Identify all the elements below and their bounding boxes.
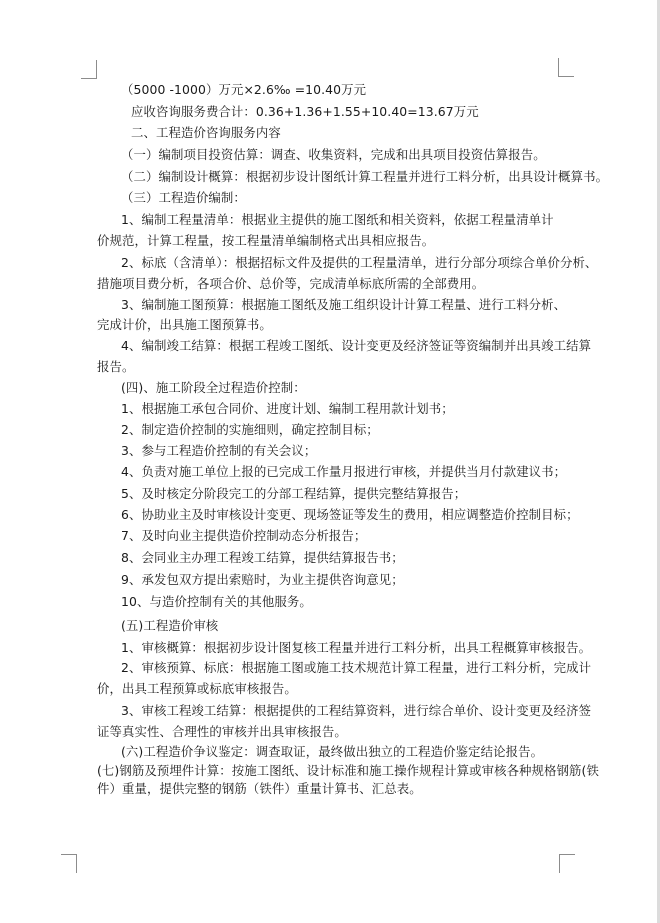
- text-line: 4、编制竣工结算：根据工程竣工图纸、设计变更及经济签证等资编制并出具竣工结算: [121, 338, 591, 354]
- text-line: 2、标底（含清单）：根据招标文件及提供的工程量清单，进行分部分项综合单价分析、: [121, 255, 597, 271]
- margin-mark-bottom-right: [559, 854, 575, 873]
- text-line: 证等真实性、合理性的审核并出具审核报告。: [97, 724, 347, 740]
- text-line: 报告。: [97, 359, 134, 375]
- text-line: 价，出具工程预算或标底审核报告。: [97, 681, 297, 697]
- margin-mark-bottom-left: [61, 854, 77, 873]
- text-line: 措施项目费分析，各项合价、总价等，完成清单标底所需的全部费用。: [97, 276, 484, 292]
- text-line: 7、及时向业主提供造价控制动态分析报告；: [121, 528, 366, 544]
- text-line: （三）工程造价编制：: [121, 190, 246, 206]
- text-line: 1、编制工程量清单：根据业主提供的施工图纸和相关资料，依据工程量清单计: [121, 212, 554, 228]
- text-line: 1、审核概算：根据初步设计图复核工程量并进行工料分析，出具工程概算审核报告。: [121, 640, 591, 656]
- text-line: （一）编制项目投资估算：调查、收集资料，完成和出具项目投资估算报告。: [121, 147, 546, 163]
- text-line: 3、审核工程竣工结算：根据提供的工程结算资料，进行综合单价、设计变更及经济签: [121, 703, 591, 719]
- text-line: 9、承发包双方提出索赔时，为业主提供咨询意见；: [121, 572, 404, 588]
- text-line: （二）编制设计概算：根据初步设计图纸计算工程量并进行工料分析，出具设计概算书。: [121, 169, 608, 185]
- text-line: 应收咨询服务费合计：0.36+1.36+1.55+10.40=13.67万元: [131, 104, 479, 120]
- text-line: 3、编制施工图预算：根据施工图纸及施工组织设计计算工程量、进行工料分析、: [121, 297, 566, 313]
- text-line: 完成计价，出具施工图预算书。: [97, 317, 272, 333]
- text-line: 6、协助业主及时审核设计变更、现场签证等发生的费用，相应调整造价控制目标；: [121, 507, 579, 523]
- text-line: 二、工程造价咨询服务内容: [131, 125, 281, 141]
- text-line: 1、根据施工承包合同价、进度计划、编制工程用款计划书；: [121, 401, 454, 417]
- text-line: (六)工程造价争议鉴定：调查取证，最终做出独立的工程造价鉴定结论报告。: [121, 744, 543, 760]
- margin-mark-top-right: [558, 58, 574, 77]
- text-line: 2、审核预算、标底：根据施工图或施工技术规范计算工程量，进行工料分析，完成计: [121, 660, 591, 676]
- text-line: 2、制定造价控制的实施细则，确定控制目标；: [121, 422, 379, 438]
- text-line: (五)工程造价审核: [121, 618, 218, 634]
- text-line: 8、会同业主办理工程竣工结算，提供结算报告书；: [121, 550, 404, 566]
- text-line: （5000 -1000）万元×2.6‰ =10.40万元: [121, 82, 366, 98]
- text-line: 3、参与工程造价控制的有关会议；: [121, 443, 316, 459]
- text-line: (七)钢筋及预埋件计算：按施工图纸、设计标准和施工操作规程计算或审核各种规格钢筋…: [97, 763, 599, 779]
- text-line: 10、与造价控制有关的其他服务。: [121, 594, 312, 610]
- text-line: 4、负责对施工单位上报的已完成工作量月报进行审核，并提供当月付款建议书；: [121, 464, 566, 480]
- text-line: 件）重量，提供完整的钢筋（铁件）重量计算书、汇总表。: [97, 781, 422, 797]
- text-line: 5、及时核定分阶段完工的分部工程结算，提供完整结算报告；: [121, 486, 466, 502]
- margin-mark-top-left: [81, 60, 97, 79]
- text-line: 价规范，计算工程量，按工程量清单编制格式出具相应报告。: [97, 233, 434, 249]
- text-line: (四)、施工阶段全过程造价控制：: [121, 380, 306, 396]
